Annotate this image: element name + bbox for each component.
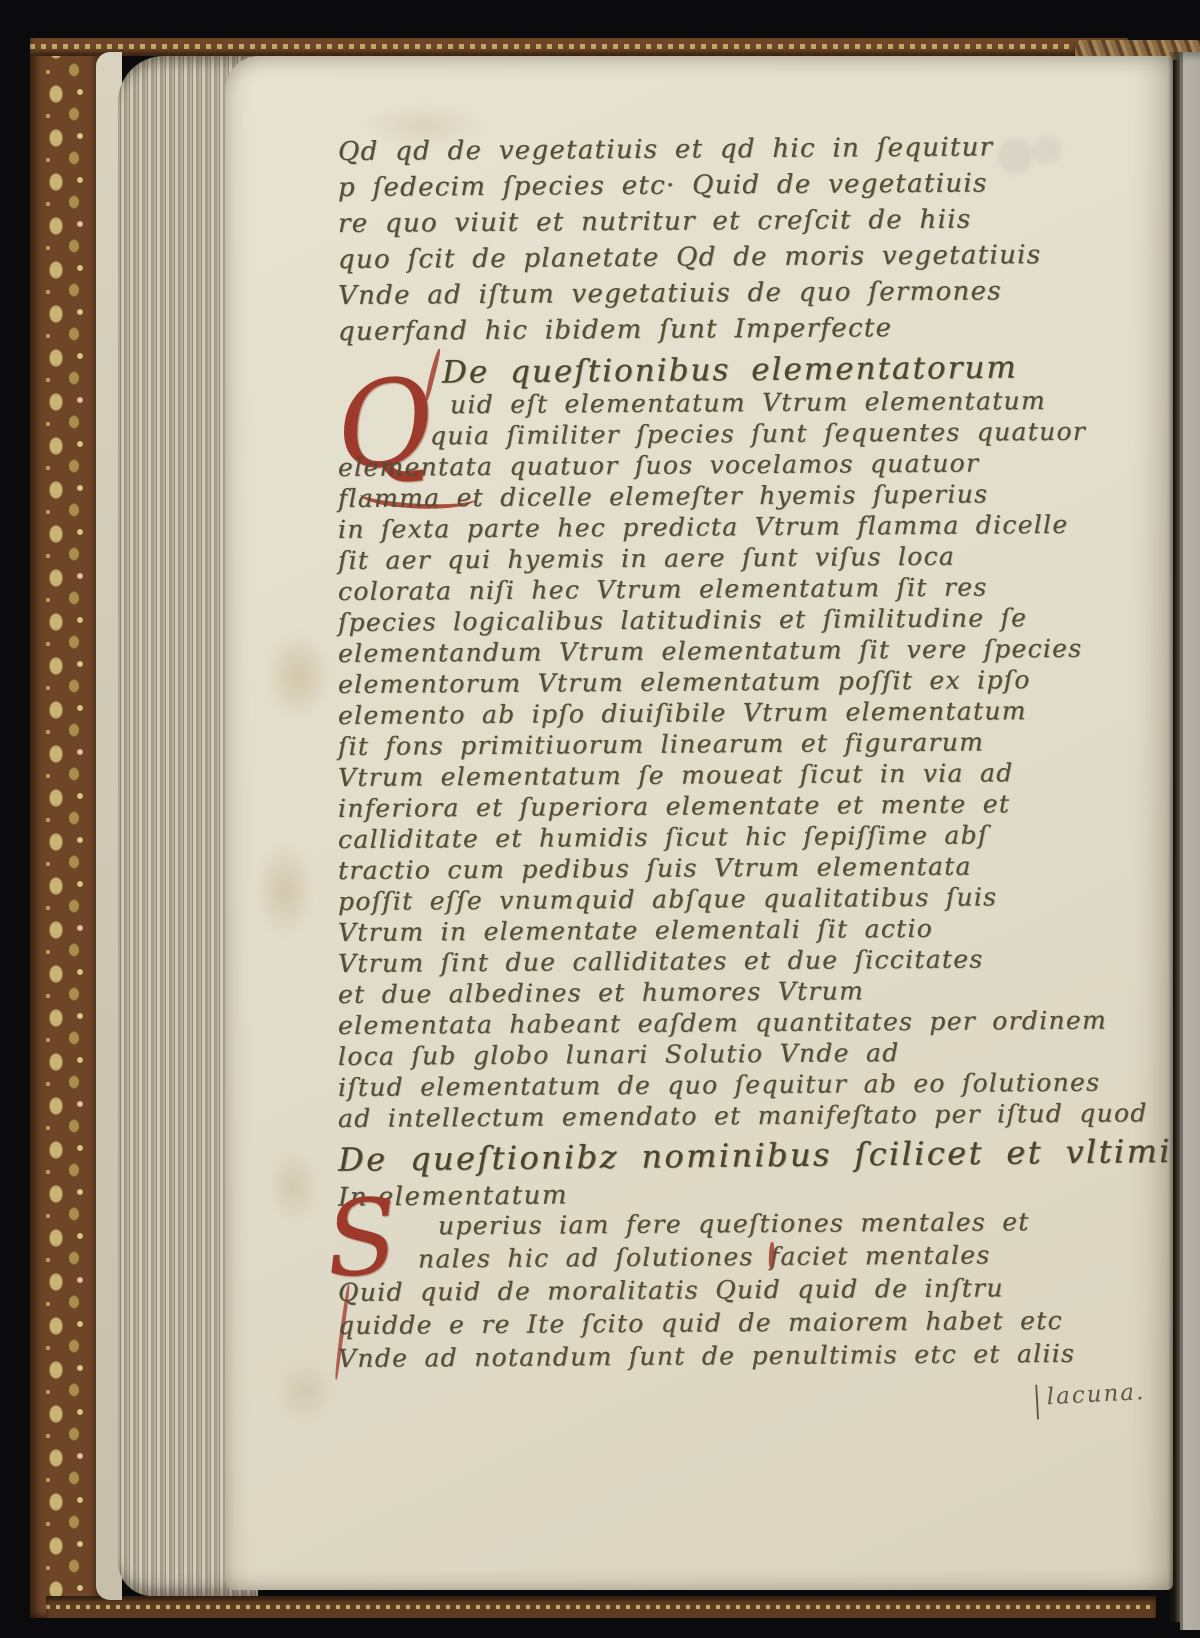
script-line: ſit aer qui hyemis in aere ſunt viſus lo… — [338, 540, 1054, 576]
script-line: flamma et dicelle elemeſter hyemis ſuper… — [338, 478, 1054, 514]
paragraph-vegetativa: Qd qd de vegetatiuis et qd hic in ſequit… — [338, 134, 1054, 350]
script-line: p ſedecim ſpecies etc· Quid de vegetatiu… — [338, 165, 1054, 206]
script-line: in ſexta parte hec predicta Vtrum flamma… — [338, 509, 1054, 545]
script-line: ſpecies logicalibus latitudinis et ſimil… — [338, 602, 1054, 638]
script-line: Vnde ad notandum ſunt de penultimis etc … — [338, 1337, 1054, 1375]
script-line: querfand hic ibidem ſunt Imperfecte — [338, 309, 1054, 350]
script-line: Vtrum ſint due calliditates et due ſicci… — [338, 943, 1054, 979]
section-heading: De queſtionibz nominibus ſcilicet et vlt… — [338, 1130, 1054, 1181]
script-line: Vtrum in elementate elementali ſit actio — [338, 912, 1054, 948]
manuscript-photograph: Qd qd de vegetatiuis et qd hic in ſequit… — [0, 0, 1200, 1638]
script-line: loca ſub globo lunari Solutio Vnde ad — [338, 1036, 1054, 1072]
script-line: ad intellectum emendato et manifeſtato p… — [338, 1098, 1054, 1134]
script-line: ſit fons primitiuorum linearum et figura… — [338, 726, 1054, 762]
note-stroke: | — [1032, 1381, 1044, 1420]
script-line: Vtrum elementatum ſe moueat ſicut in via… — [338, 757, 1054, 793]
script-line: elementata habeant eaſdem quantitates pe… — [338, 1005, 1054, 1041]
script-line: tractio cum pedibus ſuis Vtrum elementat… — [338, 850, 1054, 886]
script-line: uid eſt elementatum Vtrum elementatum — [338, 385, 1054, 421]
paragraph-questions-on-elementata: Q uid eſt elementatum Vtrum elementatum … — [338, 390, 1054, 1134]
script-line: iſtud elementatum de quo ſequitur ab eo … — [338, 1067, 1054, 1103]
water-stain — [265, 1346, 345, 1436]
leather-cover-gold-tooled-edge — [30, 38, 102, 1618]
script-line: quia ſimiliter ſpecies ſunt ſequentes qu… — [338, 416, 1054, 452]
water-stain — [253, 616, 343, 736]
script-line: elemento ab ipſo diuiſibile Vtrum elemen… — [338, 695, 1054, 731]
cover-bottom-edge-gold-dots — [46, 1596, 1156, 1618]
script-line: Qd qd de vegetatiuis et qd hic in ſequit… — [338, 129, 1054, 170]
script-line: re quo viuit et nutritur et creſcit de h… — [338, 201, 1054, 242]
parchment-page: Qd qd de vegetatiuis et qd hic in ſequit… — [225, 56, 1173, 1590]
gutter-shadow — [1168, 52, 1180, 1622]
margin-note-text: lacuna. — [1046, 1379, 1146, 1410]
script-line: inferiora et ſuperiora elementate et men… — [338, 788, 1054, 824]
facing-page-sliver — [1180, 52, 1200, 1630]
script-line: quidde e re Ite ſcito quid de maiorem ha… — [338, 1304, 1054, 1342]
script-line: calliditate et humidis ſicut hic ſepiſſi… — [338, 819, 1054, 855]
script-line: uperius iam fere queſtiones mentales et — [338, 1205, 1054, 1243]
script-line: poſſit eſſe vnumquid abſque qualitatibus… — [338, 881, 1054, 917]
text-block: Qd qd de vegetatiuis et qd hic in ſequit… — [338, 134, 1054, 1375]
water-stain — [245, 826, 325, 956]
script-line: elementata quatuor ſuos vocelamos quatuo… — [338, 447, 1054, 483]
script-line: elementandum Vtrum elementatum ſit vere … — [338, 633, 1054, 669]
paragraph-superius: S uperius iam fere queſtiones mentales e… — [338, 1210, 1054, 1375]
script-line: et due albedines et humores Vtrum — [338, 974, 1054, 1010]
margin-note-lacuna: |lacuna. — [1032, 1379, 1146, 1411]
script-line: nales hic ad ſolutiones faciet mentales — [338, 1238, 1054, 1276]
water-stain — [259, 1136, 329, 1236]
script-line: Quid quid de moralitatis Quid quid de in… — [338, 1271, 1054, 1309]
cover-top-edge-gold-dots — [30, 38, 1128, 56]
script-line: Vnde ad iſtum vegetatiuis de quo ſermone… — [338, 273, 1054, 314]
script-line: elementorum Vtrum elementatum poſſit ex … — [338, 664, 1054, 700]
script-line: colorata niſi hec Vtrum elementatum ſit … — [338, 571, 1054, 607]
script-line: quo ſcit de planetate Qd de moris vegeta… — [338, 237, 1054, 278]
